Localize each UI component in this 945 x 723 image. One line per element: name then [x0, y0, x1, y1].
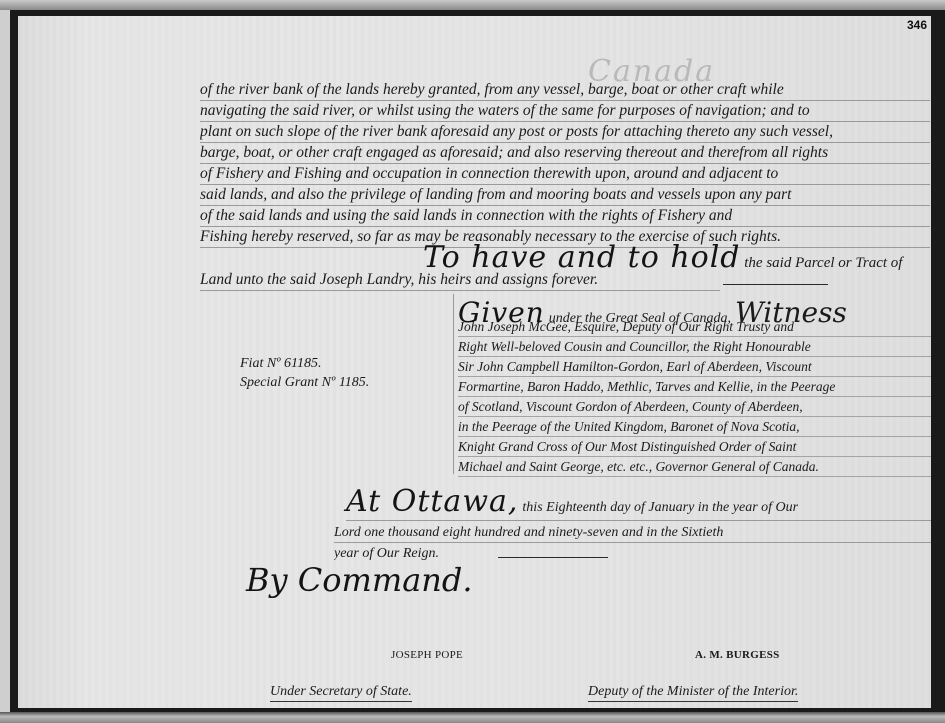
- witness-line: of Scotland, Viscount Gordon of Aberdeen…: [458, 397, 931, 417]
- witness-line: Sir John Campbell Hamilton-Gordon, Earl …: [458, 357, 931, 377]
- line-filler-rule: [498, 557, 608, 558]
- grant-body-line: said lands, and also the privilege of la…: [200, 185, 930, 206]
- dated-text: this Eighteenth day of January in the ye…: [522, 500, 798, 515]
- signatory-title-burgess: Deputy of the Minister of the Interior.: [588, 684, 798, 702]
- line-filler-rule: [723, 284, 828, 285]
- signatory-name-pope: JOSEPH POPE: [391, 649, 463, 661]
- witness-line: Right Well-beloved Cousin and Councillor…: [458, 337, 931, 357]
- witness-line: Michael and Saint George, etc. etc., Gov…: [458, 457, 931, 477]
- signatory-name-burgess: A. M. BURGESS: [695, 649, 780, 661]
- document-page: 346 Canada of the river bank of the land…: [18, 16, 931, 708]
- habendum-text: the said Parcel or Tract of: [744, 255, 902, 271]
- grant-body-line: plant on such slope of the river bank af…: [200, 122, 930, 143]
- page-number: 346: [907, 18, 927, 32]
- grant-body-line: barge, boat, or other craft engaged as a…: [200, 143, 930, 164]
- fiat-number: Fiat Nº 61185.: [240, 356, 321, 372]
- witness-line: Knight Grand Cross of Our Most Distingui…: [458, 437, 931, 457]
- grant-body-line: of Fishery and Fishing and occupation in…: [200, 164, 930, 185]
- dated-line-2: Lord one thousand eight hundred and nine…: [334, 523, 931, 543]
- habendum-line-2: Land unto the said Joseph Landry, his he…: [200, 270, 720, 291]
- grant-body-line: of the said lands and using the said lan…: [200, 206, 930, 227]
- scan-top-edge: [0, 0, 945, 10]
- scan-bottom-edge: [0, 712, 945, 723]
- dated-heading: At Ottawa,: [346, 484, 518, 519]
- dated-clause: At Ottawa, this Eighteenth day of Januar…: [346, 484, 931, 521]
- by-command-heading: By Command.: [246, 561, 473, 599]
- witness-line: Formartine, Baron Haddo, Methlic, Tarves…: [458, 377, 931, 397]
- witness-line: in the Peerage of the United Kingdom, Ba…: [458, 417, 931, 437]
- column-divider: [453, 294, 454, 474]
- grant-body-line: navigating the said river, or whilst usi…: [200, 101, 930, 122]
- witness-line: John Joseph McGee, Esquire, Deputy of Ou…: [458, 317, 931, 337]
- grant-body-line: of the river bank of the lands hereby gr…: [200, 80, 930, 101]
- special-grant-number: Special Grant Nº 1185.: [240, 375, 369, 391]
- scan-left-edge: [0, 10, 10, 723]
- signatory-title-pope: Under Secretary of State.: [270, 684, 412, 702]
